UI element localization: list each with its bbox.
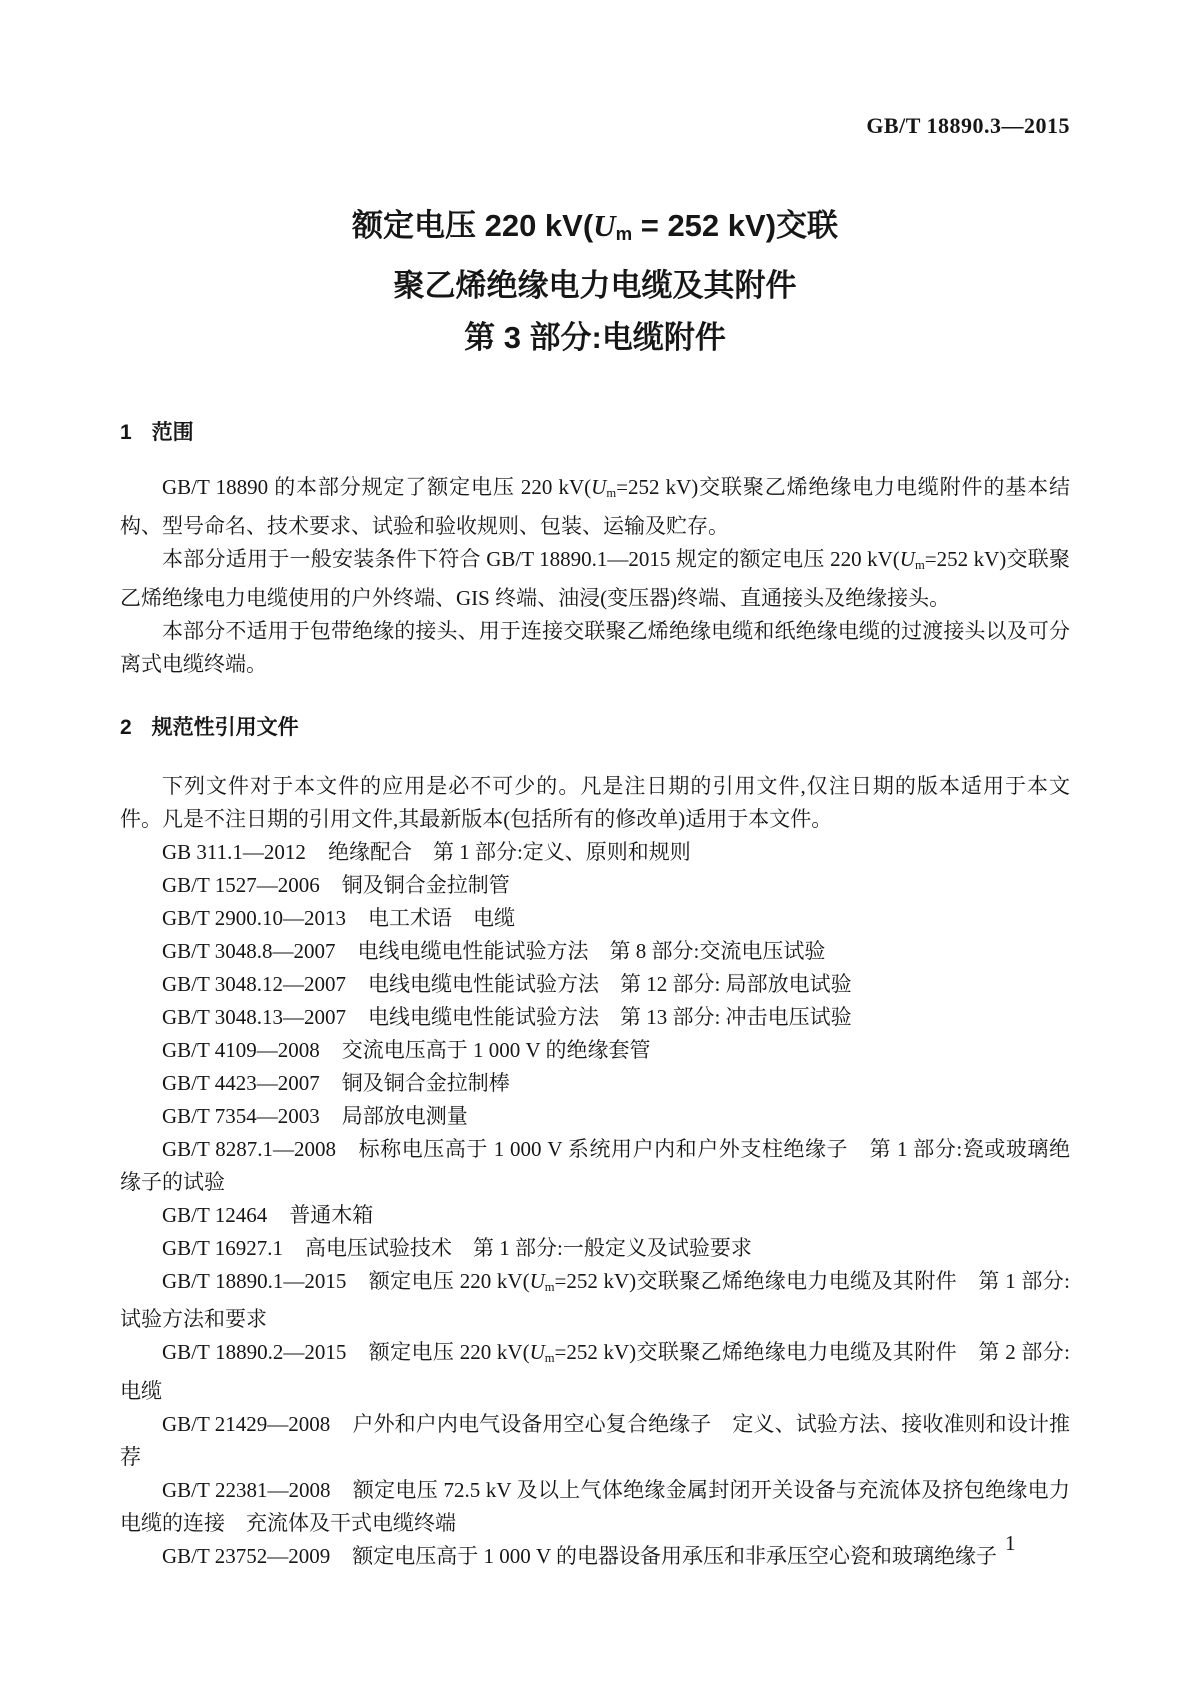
normative-references-heading-text: 规范性引用文件: [152, 716, 299, 739]
reference-item: GB/T 8287.1—2008标称电压高于 1 000 V 系统用户内和户外支…: [120, 1133, 1070, 1199]
subscript-m: m: [915, 558, 925, 572]
reference-item: GB/T 16927.1高电压试验技术 第 1 部分:一般定义及试验要求: [120, 1232, 1070, 1265]
text-segment: GB/T 18890 的本部分规定了额定电压 220 kV(: [162, 475, 591, 499]
text-segment: 本部分不适用于包带绝缘的接头、用于连接交联聚乙烯绝缘电缆和纸绝缘电缆的过渡接头以…: [120, 619, 1070, 676]
scope-paragraph-1: GB/T 18890 的本部分规定了额定电压 220 kV(Um=252 kV)…: [120, 471, 1070, 543]
reference-item: GB/T 1527—2006铜及铜合金拉制管: [120, 869, 1070, 902]
reference-item: GB/T 18890.2—2015额定电压 220 kV(Um=252 kV)交…: [120, 1336, 1070, 1408]
text-segment: 额定电压 220 kV(: [368, 1269, 529, 1293]
reference-item: GB/T 3048.13—2007电线电缆电性能试验方法 第 13 部分: 冲击…: [120, 1001, 1070, 1034]
reference-item: GB/T 22381—2008额定电压 72.5 kV 及以上气体绝缘金属封闭开…: [120, 1474, 1070, 1540]
subscript-m: m: [545, 1351, 555, 1365]
normative-references-heading: 2规范性引用文件: [120, 711, 1070, 744]
page-background: { "page": { "background": "#ffffff", "te…: [0, 0, 1191, 1684]
reference-code: GB/T 18890.1—2015: [162, 1269, 346, 1293]
text-segment: 电线电缆电性能试验方法 第 8 部分:交流电压试验: [358, 939, 826, 963]
scope-heading-text: 范围: [152, 421, 194, 444]
reference-code: GB/T 2900.10—2013: [162, 906, 346, 930]
reference-code: GB/T 3048.8—2007: [162, 939, 335, 963]
symbol-U: U: [591, 475, 606, 499]
page-number: 1: [1005, 1530, 1016, 1556]
reference-code: GB/T 1527—2006: [162, 873, 320, 897]
reference-item: GB/T 21429—2008户外和户内电气设备用空心复合绝缘子 定义、试验方法…: [120, 1408, 1070, 1474]
scope-heading-number: 1: [120, 421, 132, 444]
title-line-3: 第 3 部分:电缆附件: [120, 312, 1070, 364]
reference-item: GB/T 18890.1—2015额定电压 220 kV(Um=252 kV)交…: [120, 1265, 1070, 1337]
reference-item: GB/T 4423—2007铜及铜合金拉制棒: [120, 1067, 1070, 1100]
reference-code: GB/T 18890.2—2015: [162, 1340, 346, 1364]
reference-code: GB/T 22381—2008: [162, 1478, 331, 1502]
text-segment: 电线电缆电性能试验方法 第 13 部分: 冲击电压试验: [368, 1005, 852, 1029]
document-title: 额定电压 220 kV(Um = 252 kV)交联 聚乙烯绝缘电力电缆及其附件…: [120, 200, 1070, 364]
text-segment: = 252 kV)交联: [632, 208, 838, 243]
subscript-m: m: [545, 1279, 555, 1293]
text-segment: 电线电缆电性能试验方法 第 12 部分: 局部放电试验: [368, 972, 852, 996]
reference-code: GB/T 4423—2007: [162, 1071, 320, 1095]
text-segment: 铜及铜合金拉制棒: [342, 1071, 510, 1095]
reference-item: GB/T 12464普通木箱: [120, 1199, 1070, 1232]
reference-item: GB/T 7354—2003局部放电测量: [120, 1100, 1070, 1133]
text-segment: 电工术语 电缆: [368, 906, 515, 930]
reference-item: GB/T 4109—2008交流电压高于 1 000 V 的绝缘套管: [120, 1034, 1070, 1067]
reference-code: GB 311.1—2012: [162, 840, 306, 864]
title-line-2: 聚乙烯绝缘电力电缆及其附件: [120, 260, 1070, 312]
reference-code: GB/T 7354—2003: [162, 1104, 320, 1128]
standard-code: GB/T 18890.3—2015: [120, 112, 1070, 140]
section-scope: 1范围 GB/T 18890 的本部分规定了额定电压 220 kV(Um=252…: [120, 416, 1070, 681]
subscript-m: m: [616, 223, 633, 244]
symbol-U: U: [593, 208, 615, 243]
text-segment: 第 3 部分:电缆附件: [464, 320, 726, 355]
reference-list: GB 311.1—2012绝缘配合 第 1 部分:定义、原则和规则GB/T 15…: [120, 836, 1070, 1574]
reference-item: GB/T 2900.10—2013电工术语 电缆: [120, 902, 1070, 935]
text-segment: 下列文件对于本文件的应用是必不可少的。凡是注日期的引用文件,仅注日期的版本适用于…: [120, 774, 1070, 831]
symbol-U: U: [900, 547, 915, 571]
text-segment: 高电压试验技术 第 1 部分:一般定义及试验要求: [305, 1236, 752, 1260]
reference-code: GB/T 8287.1—2008: [162, 1137, 336, 1161]
text-segment: 额定电压 220 kV(: [368, 1340, 529, 1364]
text-segment: 本部分适用于一般安装条件下符合 GB/T 18890.1—2015 规定的额定电…: [162, 547, 900, 571]
reference-item: GB 311.1—2012绝缘配合 第 1 部分:定义、原则和规则: [120, 836, 1070, 869]
subscript-m: m: [606, 486, 616, 500]
scope-paragraph-3: 本部分不适用于包带绝缘的接头、用于连接交联聚乙烯绝缘电缆和纸绝缘电缆的过渡接头以…: [120, 615, 1070, 681]
text-segment: 聚乙烯绝缘电力电缆及其附件: [394, 268, 797, 303]
symbol-U: U: [530, 1340, 545, 1364]
normative-references-heading-number: 2: [120, 716, 132, 739]
text-segment: 绝缘配合 第 1 部分:定义、原则和规则: [328, 840, 691, 864]
text-segment: 交流电压高于 1 000 V 的绝缘套管: [342, 1038, 651, 1062]
scope-paragraph-2: 本部分适用于一般安装条件下符合 GB/T 18890.1—2015 规定的额定电…: [120, 543, 1070, 615]
document-page: GB/T 18890.3—2015 额定电压 220 kV(Um = 252 k…: [0, 0, 1191, 1684]
text-segment: 普通木箱: [289, 1203, 373, 1227]
reference-item: GB/T 3048.12—2007电线电缆电性能试验方法 第 12 部分: 局部…: [120, 968, 1070, 1001]
reference-code: GB/T 12464: [162, 1203, 267, 1227]
reference-item: GB/T 3048.8—2007电线电缆电性能试验方法 第 8 部分:交流电压试…: [120, 935, 1070, 968]
normative-intro-paragraph: 下列文件对于本文件的应用是必不可少的。凡是注日期的引用文件,仅注日期的版本适用于…: [120, 770, 1070, 836]
title-line-1: 额定电压 220 kV(Um = 252 kV)交联: [120, 200, 1070, 260]
reference-code: GB/T 3048.13—2007: [162, 1005, 346, 1029]
scope-heading: 1范围: [120, 416, 1070, 449]
text-segment: 额定电压 220 kV(: [352, 208, 593, 243]
text-segment: 额定电压高于 1 000 V 的电器设备用承压和非承压空心瓷和玻璃绝缘子: [352, 1544, 997, 1568]
symbol-U: U: [530, 1269, 545, 1293]
reference-code: GB/T 23752—2009: [162, 1544, 330, 1568]
reference-code: GB/T 16927.1: [162, 1236, 283, 1260]
reference-item: GB/T 23752—2009额定电压高于 1 000 V 的电器设备用承压和非…: [120, 1540, 1070, 1573]
text-segment: 局部放电测量: [342, 1104, 468, 1128]
reference-code: GB/T 21429—2008: [162, 1412, 330, 1436]
reference-code: GB/T 4109—2008: [162, 1038, 320, 1062]
reference-code: GB/T 3048.12—2007: [162, 972, 346, 996]
text-segment: 铜及铜合金拉制管: [342, 873, 510, 897]
section-normative-references: 2规范性引用文件 下列文件对于本文件的应用是必不可少的。凡是注日期的引用文件,仅…: [120, 711, 1070, 1574]
